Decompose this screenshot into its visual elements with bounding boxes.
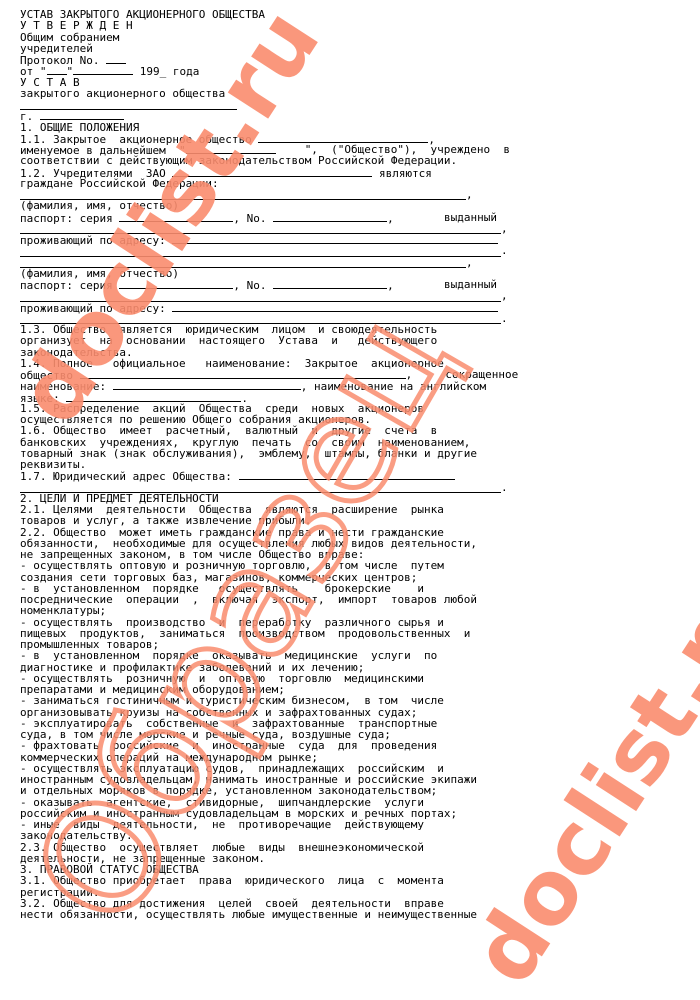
clause-1-1-line-3: соответствии с действующим законодательс… (20, 155, 510, 166)
company-blank (258, 133, 428, 143)
passport-no-blank (273, 279, 387, 289)
approved-heading: У Т В Е Р Ж Д Е Н (20, 20, 510, 31)
legal-address-blank (239, 470, 455, 480)
clause-1-7-line-1: 1.7. Юридический адрес Общества: (20, 470, 510, 481)
document-page: УСТАВ ЗАКРЫТОГО АКЦИОНЕРНОГО ОБЩЕСТВА У … (20, 9, 510, 920)
section-2-line: - заниматься гостиничным и туристическим… (20, 695, 510, 706)
passport-series-label: паспорт: серия (20, 212, 119, 225)
full-name-blank (80, 369, 406, 379)
passport-no-label: , No. (233, 279, 273, 292)
section-2-line: - фрахтовать российские и иностранные су… (20, 740, 510, 751)
section-3-body: 3.1. Общество приобретает права юридичес… (20, 875, 510, 920)
address-label: проживающий по адресу: (20, 234, 172, 247)
month-blank (73, 65, 133, 75)
clause-1-2-line-2: граждане Российской Федерации: (20, 178, 510, 189)
founder-2-fio-caption: (фамилия, имя, отчество) (20, 268, 510, 279)
founders-blank (172, 167, 372, 177)
issued-label: выданный (444, 279, 497, 290)
company-name-blank (20, 99, 237, 110)
founder-2-address-line: проживающий по адресу: (20, 302, 510, 313)
clause-1-4-line-3: наименование: , наименование на английск… (20, 380, 510, 391)
clause-text: 1.7. Юридический адрес Общества: (20, 470, 239, 483)
section-2-line: - в установленном порядке оказывать меди… (20, 650, 510, 661)
date-line: от "" 199_ года (20, 65, 510, 76)
section-3-line: нести обязанности, осуществлять любые им… (20, 909, 510, 920)
passport-series-label: паспорт: серия (20, 279, 119, 292)
founder-2-passport-line: паспорт: серия , No. ,выданный (20, 279, 497, 290)
clause-text: являются (372, 167, 432, 180)
section-2-line: и отдельных моряков в порядке, установле… (20, 785, 510, 796)
date-year: 199_ года (133, 65, 199, 78)
protocol-number-blank (106, 54, 126, 64)
founder-2-issued-blank: , (20, 290, 508, 301)
approved-by-line-1: Общим собранием (20, 32, 510, 43)
protocol-line: Протокол No. (20, 54, 510, 65)
clause-1-4-line-2: общество , сокращенное (20, 369, 506, 380)
address-blank (172, 302, 498, 312)
passport-no-blank (273, 212, 387, 222)
section-3-line: 3.1. Общество приобретает права юридичес… (20, 875, 510, 886)
section-2-line: номенклатуры; (20, 605, 510, 616)
passport-no-label: , No. (233, 212, 273, 225)
clause-text: , наименование на английском (301, 380, 486, 393)
clause-1-6-line-1: 1.6. Общество имеет расчетный, валютный … (20, 425, 510, 436)
city-blank (40, 110, 124, 120)
address-label: проживающий по адресу: (20, 302, 172, 315)
clause-1-6-line-3: товарный знак (знак обслуживания), эмбле… (20, 448, 510, 459)
issued-label: выданный (444, 212, 497, 223)
short-name-blank (113, 380, 301, 390)
founder-1-issued-blank: , (20, 223, 508, 234)
clause-text: , сокращенное (406, 369, 519, 380)
passport-series-blank (119, 212, 233, 222)
section-2-body: 2.1. Целями деятельности Общества являют… (20, 504, 510, 864)
address-blank (172, 234, 498, 244)
short-name-blank (186, 144, 276, 154)
section-2-line: товаров и услуг, а также извлечение приб… (20, 515, 510, 526)
english-name-blank (66, 392, 241, 402)
day-blank (47, 65, 67, 75)
passport-series-blank (119, 279, 233, 289)
section-2-line: - осуществлять оптовую и розничную торго… (20, 560, 510, 571)
section-1-title: 1. ОБЩИЕ ПОЛОЖЕНИЯ (20, 122, 510, 133)
founder-1-passport-line: паспорт: серия , No. ,выданный (20, 212, 497, 223)
clause-1-6-line-4: реквизиты. (20, 459, 510, 470)
city-line: г. (20, 110, 510, 121)
approved-by-line-2: учредителей (20, 43, 510, 54)
founder-1-fio-caption: (фамилия, имя, отчество) (20, 200, 510, 211)
founder-1-address-line: проживающий по адресу: (20, 234, 510, 245)
section-2-line: законодательству. (20, 830, 510, 841)
clause-1-3-line-2: организует на основании настоящего Устав… (20, 335, 510, 346)
founder-1-address-blank-2: . (20, 245, 508, 256)
charter-subheading: закрытого акционерного общества (20, 88, 510, 99)
